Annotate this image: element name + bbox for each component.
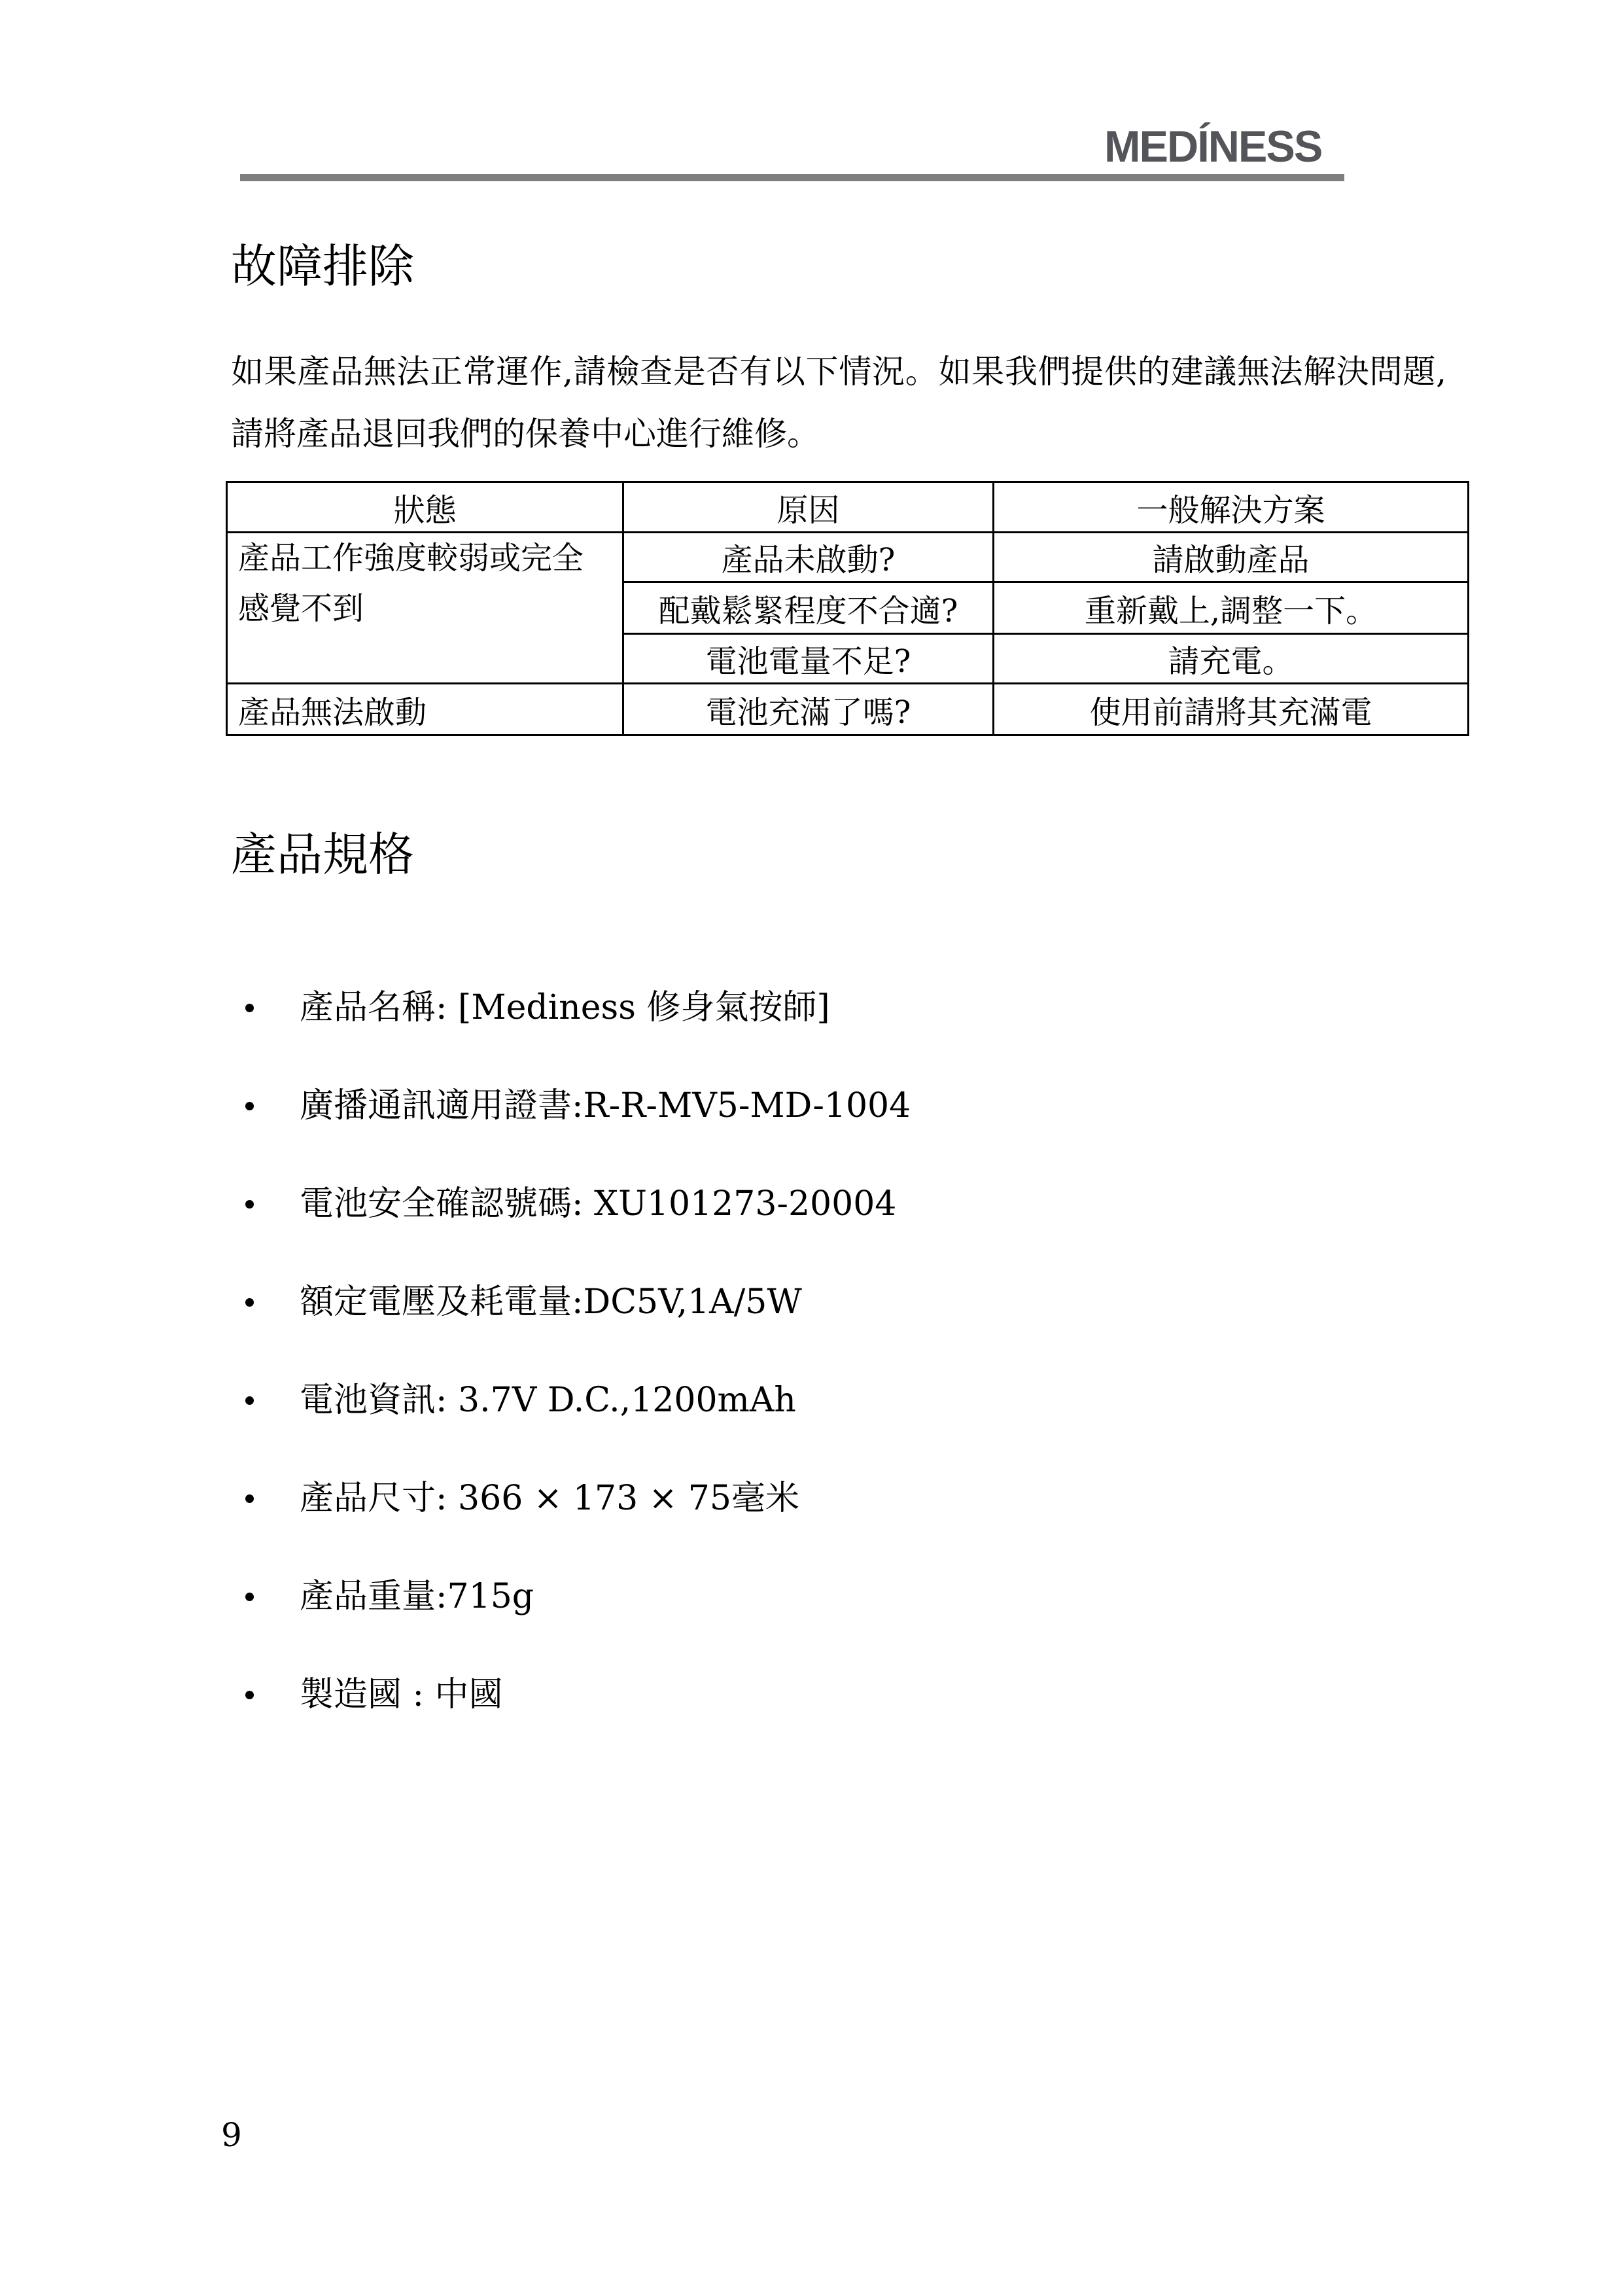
solution-cell: 請充電。: [994, 634, 1469, 684]
bullet-icon: [245, 1494, 254, 1503]
bullet-icon: [245, 1102, 254, 1110]
brand-logo: MEDÍNESS: [1104, 124, 1321, 169]
troubleshooting-intro: 如果產品無法正常運作,請檢查是否有以下情況。如果我們提供的建議無法解決問題,請將…: [231, 341, 1446, 465]
list-item: 電池安全確認號碼: XU101273-20004: [226, 1184, 1469, 1282]
bullet-icon: [245, 1298, 254, 1307]
page-number: 9: [221, 2119, 242, 2151]
spec-item-dimensions: 產品尺寸: 366 × 173 × 75毫米: [300, 1479, 799, 1518]
solution-cell: 重新戴上,調整一下。: [994, 582, 1469, 634]
manual-page: MEDÍNESS 故障排除 如果產品無法正常運作,請檢查是否有以下情況。如果我們…: [0, 0, 1623, 2296]
list-item: 產品尺寸: 366 × 173 × 75毫米: [226, 1479, 1469, 1577]
spec-item-battery-info: 電池資訊: 3.7V D.C.,1200mAh: [300, 1381, 796, 1420]
status-cell-no-start: 產品無法啟動: [227, 684, 623, 735]
bullet-icon: [245, 1396, 254, 1405]
list-item: 製造國 : 中國: [226, 1675, 1469, 1773]
section-title-troubleshooting: 故障排除: [231, 243, 414, 289]
spec-item-broadcast-cert: 廣播通訊適用證書:R-R-MV5-MD-1004: [300, 1086, 911, 1125]
status-cell-weak: 產品工作強度較弱或完全感覺不到: [227, 533, 623, 684]
bullet-icon: [245, 1593, 254, 1601]
table-header-row: 狀態 原因 一般解決方案: [227, 482, 1469, 533]
solution-cell: 使用前請將其充滿電: [994, 684, 1469, 735]
spec-item-battery-safety-no: 電池安全確認號碼: XU101273-20004: [300, 1184, 896, 1224]
bullet-icon: [245, 1691, 254, 1699]
section-title-specifications: 產品規格: [231, 832, 414, 877]
header-rule: [240, 174, 1344, 181]
cause-cell: 電池充滿了嗎?: [623, 684, 994, 735]
list-item: 產品重量:715g: [226, 1577, 1469, 1675]
solution-cell: 請啟動產品: [994, 533, 1469, 582]
cause-cell: 電池電量不足?: [623, 634, 994, 684]
spec-item-country: 製造國 : 中國: [300, 1675, 503, 1714]
spec-list: 產品名稱: [Mediness 修身氣按師] 廣播通訊適用證書:R-R-MV5-…: [226, 988, 1469, 1773]
cause-cell: 產品未啟動?: [623, 533, 994, 582]
list-item: 電池資訊: 3.7V D.C.,1200mAh: [226, 1381, 1469, 1479]
list-item: 廣播通訊適用證書:R-R-MV5-MD-1004: [226, 1086, 1469, 1184]
list-item: 額定電壓及耗電量:DC5V,1A/5W: [226, 1282, 1469, 1381]
bullet-icon: [245, 1004, 254, 1012]
spec-item-weight: 產品重量:715g: [300, 1577, 534, 1616]
list-item: 產品名稱: [Mediness 修身氣按師]: [226, 988, 1469, 1086]
bullet-icon: [245, 1200, 254, 1209]
table-row: 產品工作強度較弱或完全感覺不到 產品未啟動? 請啟動產品: [227, 533, 1469, 582]
col-header-solution: 一般解決方案: [994, 482, 1469, 533]
table-row: 產品無法啟動 電池充滿了嗎? 使用前請將其充滿電: [227, 684, 1469, 735]
spec-item-product-name: 產品名稱: [Mediness 修身氣按師]: [300, 988, 830, 1027]
cause-cell: 配戴鬆緊程度不合適?: [623, 582, 994, 634]
troubleshooting-table: 狀態 原因 一般解決方案 產品工作強度較弱或完全感覺不到 產品未啟動? 請啟動產…: [226, 481, 1469, 736]
col-header-status: 狀態: [227, 482, 623, 533]
col-header-cause: 原因: [623, 482, 994, 533]
spec-item-rated-voltage: 額定電壓及耗電量:DC5V,1A/5W: [300, 1282, 802, 1322]
